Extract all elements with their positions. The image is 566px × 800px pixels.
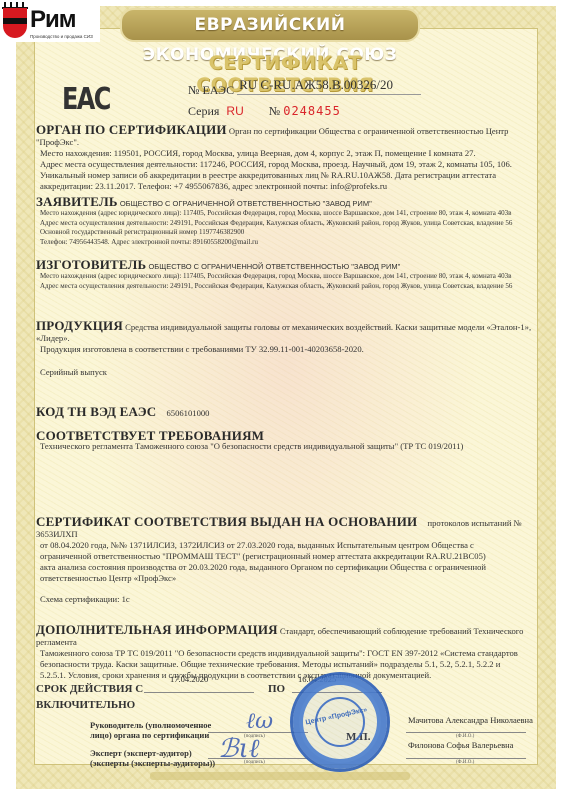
applicant-section: ЗАЯВИТЕЛЬ ОБЩЕСТВО С ОГРАНИЧЕННОЙ ОТВЕТС… (36, 196, 536, 247)
valid-from-line (144, 692, 254, 693)
applicant-line: Основной государственный регистрационный… (36, 228, 536, 238)
additional-info-heading: ДОПОЛНИТЕЛЬНАЯ ИНФОРМАЦИЯ (36, 622, 278, 637)
applicant-line: Адрес места осуществления деятельности: … (36, 219, 536, 229)
applicant-heading: ЗАЯВИТЕЛЬ (36, 194, 118, 209)
applicant-line: Телефон: 74956443548. Адрес электронной … (36, 238, 536, 248)
certification-body-line: Уникальный номер записи об аккредитации … (36, 170, 536, 181)
valid-from-label: СРОК ДЕЙСТВИЯ С (36, 684, 143, 695)
rim-logo: Рим Производство и продажа СИЗ (0, 2, 100, 42)
series-row: Серия RU № 0248455 (188, 104, 341, 119)
head-fio-line (406, 732, 526, 733)
certificate-number: RU С-RU.АЖ58.В.00326/20 (237, 77, 421, 95)
head-fio-caption: (Ф.И.О.) (456, 734, 474, 739)
serial-label: № (269, 104, 280, 118)
serial-number: 0248455 (283, 104, 341, 118)
tn-ved-section: КОД ТН ВЭД ЕАЭС 6506101000 (36, 406, 536, 419)
head-signature-icon: ℓω (246, 708, 273, 734)
certification-body-line: Место нахождения: 119501, РОССИЯ, город … (36, 148, 536, 159)
logo-tagline: Производство и продажа СИЗ (30, 34, 93, 39)
series-label: Серия (188, 104, 219, 118)
basis-heading: СЕРТИФИКАТ СООТВЕТСТВИЯ ВЫДАН НА ОСНОВАН… (36, 514, 417, 529)
certificate-number-row: № ЕАЭС RU С-RU.АЖ58.В.00326/20 (188, 80, 421, 98)
expert-fio-caption: (Ф.И.О.) (456, 760, 474, 765)
tn-ved-code: 6506101000 (166, 408, 209, 418)
manufacturer-section: ИЗГОТОВИТЕЛЬ ОБЩЕСТВО С ОГРАНИЧЕННОЙ ОТВ… (36, 259, 536, 291)
official-stamp-icon: Центр «ПрофЭкс» (290, 672, 390, 772)
valid-from-date: 17.04.2020 (170, 674, 208, 684)
conformity-heading: СООТВЕТСТВУЕТ ТРЕБОВАНИЯМ (36, 430, 536, 441)
number-label: № ЕАЭС (188, 83, 234, 97)
head-label-2: лицо) органа по сертификации (90, 730, 209, 741)
manufacturer-name: ОБЩЕСТВО С ОГРАНИЧЕННОЙ ОТВЕТСТВЕННОСТЬЮ… (148, 262, 400, 271)
expert-name: Филонова Софья Валерьевна (408, 740, 513, 750)
expert-signature-icon: ℬιℓ (218, 734, 259, 764)
certification-body-heading: ОРГАН ПО СЕРТИФИКАЦИИ (36, 122, 227, 137)
validity-signature-area: СРОК ДЕЙСТВИЯ С 17.04.2020 ПО 16.04.2025… (36, 672, 536, 772)
basis-line: от 08.04.2020 года, №№ 1371ИЛСИЗ, 1372ИЛ… (36, 540, 536, 551)
certification-body-section: ОРГАН ПО СЕРТИФИКАЦИИ Орган по сертифика… (36, 124, 536, 192)
additional-info-line: Таможенного союза ТР ТС 019/2011 "О безо… (36, 648, 536, 659)
manufacturer-heading: ИЗГОТОВИТЕЛЬ (36, 257, 146, 272)
product-section: ПРОДУКЦИЯ Средства индивидуальной защиты… (36, 320, 536, 378)
conformity-text: Технического регламента Таможенного союз… (36, 441, 536, 452)
eac-mark-icon: EAC (62, 82, 110, 117)
inclusive-label: ВКЛЮЧИТЕЛЬНО (36, 700, 135, 711)
additional-info-line: безопасности труда. Каски защитные. Общи… (36, 659, 536, 670)
applicant-line: Место нахождения (адрес юридического лиц… (36, 209, 536, 219)
manufacturer-line: Место нахождения (адрес юридического лиц… (36, 272, 536, 282)
product-heading: ПРОДУКЦИЯ (36, 318, 123, 333)
logo-brand: Рим (30, 6, 76, 34)
valid-to-label: ПО (268, 684, 285, 695)
conformity-section: СООТВЕТСТВУЕТ ТРЕБОВАНИЯМ Технического р… (36, 430, 536, 452)
basis-line: акта анализа состояния производства от 2… (36, 562, 536, 573)
head-name: Мачитова Александра Николаевна (408, 715, 533, 725)
manufacturer-line: Адрес места осуществления деятельности: … (36, 282, 536, 292)
certification-body-line: Адрес места осуществления деятельности: … (36, 159, 536, 170)
certification-scheme: Схема сертификации: 1с (36, 594, 536, 605)
expert-fio-line (406, 758, 526, 759)
tn-ved-heading: КОД ТН ВЭД ЕАЭС (36, 404, 156, 419)
printer-imprint (150, 772, 410, 780)
helmet-band (3, 18, 27, 24)
applicant-name: ОБЩЕСТВО С ОГРАНИЧЕННОЙ ОТВЕТСТВЕННОСТЬЮ… (120, 199, 372, 208)
certification-body-line: аккредитации: 23.11.2017. Телефон: +7 49… (36, 181, 536, 192)
union-banner: ЕВРАЗИЙСКИЙ ЭКОНОМИЧЕСКИЙ СОЮЗ (120, 8, 420, 42)
production-type: Серийный выпуск (36, 367, 536, 378)
product-spec: Продукция изготовлена в соответствии с т… (36, 344, 536, 355)
basis-line: ответственностью Центр «ПрофЭкс» (36, 573, 536, 584)
basis-line: ограниченной ответственностью "ПРОММАШ Т… (36, 551, 536, 562)
expert-label-2: (эксперты (эксперты-аудиторы)) (90, 758, 215, 769)
series-value: RU (226, 104, 243, 118)
basis-section: СЕРТИФИКАТ СООТВЕТСТВИЯ ВЫДАН НА ОСНОВАН… (36, 516, 536, 605)
